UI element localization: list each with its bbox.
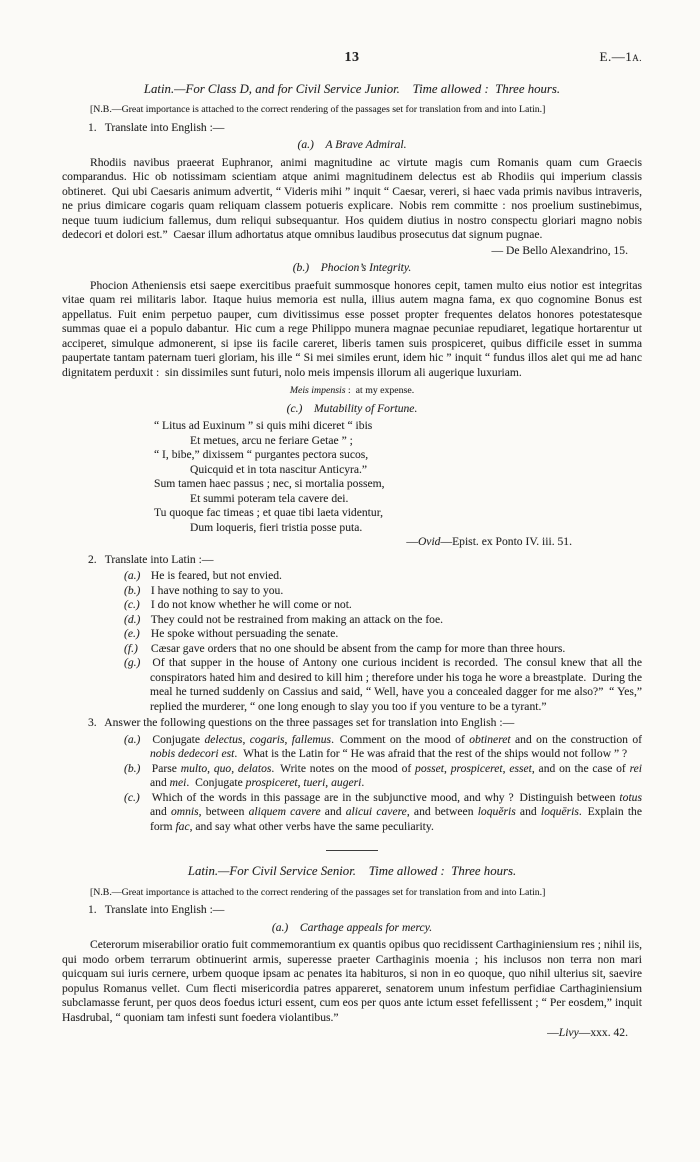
item-text: Of that supper in the house of Antony on… [150, 656, 642, 713]
verse-line: Sum tamen haec passus ; nec, si mortalia… [154, 477, 572, 492]
item-label: (c.) [124, 598, 148, 613]
item-text: Which of the words in this passage are i… [150, 791, 642, 833]
question-number: 3. [88, 716, 102, 731]
verse-line: “ Litus ad Euxinum ” si quis mihi dicere… [154, 419, 572, 434]
item-label: (g.) [124, 656, 148, 671]
document-page: 13 E.—1A. Latin.—For Class D, and for Ci… [0, 0, 700, 1162]
item-text: He is feared, but not envied. [151, 569, 282, 582]
item-text: Cæsar gave orders that no one should be … [151, 642, 565, 655]
page-header: 13 E.—1A. [62, 50, 642, 66]
item-text: I have nothing to say to you. [151, 584, 283, 597]
verse-line: Tu quoque fac timeas ; et quae tibi laet… [154, 506, 572, 521]
question-text: Translate into English :— [105, 121, 225, 134]
verse-block: “ Litus ad Euxinum ” si quis mihi dicere… [154, 419, 572, 550]
passage-b-body: Phocion Atheniensis etsi saepe exercitib… [62, 279, 642, 381]
question-number: 1. [88, 121, 102, 136]
section-senior: Latin.—For Civil Service Senior. Time al… [62, 864, 642, 1041]
list-item: (c.) Which of the words in this passage … [62, 791, 642, 835]
item-label: (a.) [124, 733, 148, 748]
passage-a-heading: (a.) A Brave Admiral. [62, 138, 642, 153]
junior-question-1: 1. Translate into English :— [88, 121, 642, 136]
question-text: Answer the following questions on the th… [104, 716, 514, 729]
question-number: 2. [88, 553, 102, 568]
page-number: 13 [345, 51, 360, 66]
item-label: (c.) [124, 791, 148, 806]
item-text: Parse multo, quo, delatos. Write notes o… [150, 762, 642, 790]
item-label: (d.) [124, 613, 148, 628]
passage-b-heading: (b.) Phocion’s Integrity. [62, 261, 642, 276]
section-divider [326, 850, 378, 851]
passage-c-heading: (c.) Mutability of Fortune. [62, 402, 642, 417]
verse-line: Et metues, arcu ne feriare Getae ” ; [154, 434, 572, 449]
junior-title: Latin.—For Class D, and for Civil Servic… [62, 82, 642, 97]
item-label: (e.) [124, 627, 148, 642]
item-label: (b.) [124, 762, 148, 777]
list-item: (c.) I do not know whether he will come … [62, 598, 642, 613]
item-label: (f.) [124, 642, 148, 657]
verse-line: “ I, bibe,” dixissem “ purgantes pectora… [154, 448, 572, 463]
item-label: (b.) [124, 584, 148, 599]
passage-a-attribution: — De Bello Alexandrino, 15. [62, 244, 642, 259]
junior-nb-note: [N.B.—Great importance is attached to th… [62, 104, 642, 116]
verse-line: Et summi poteram tela cavere dei. [154, 492, 572, 507]
item-text: He spoke without persuading the senate. [151, 627, 338, 640]
list-item: (g.) Of that supper in the house of Anto… [62, 656, 642, 714]
list-item: (a.) He is feared, but not envied. [62, 569, 642, 584]
verse-line: Quicquid et in tota nascitur Anticyra.” [154, 463, 572, 478]
list-item: (d.) They could not be restrained from m… [62, 613, 642, 628]
senior-passage-a-attribution: —Livy—xxx. 42. [62, 1026, 642, 1041]
list-item: (e.) He spoke without persuading the sen… [62, 627, 642, 642]
junior-question-3: 3. Answer the following questions on the… [88, 716, 642, 731]
senior-passage-a-body: Ceterorum miserabilior oratio fuit comme… [62, 938, 642, 1025]
question-text: Translate into English :— [105, 903, 225, 916]
list-item: (f.) Cæsar gave orders that no one shoul… [62, 642, 642, 657]
senior-passage-a-heading: (a.) Carthage appeals for mercy. [62, 921, 642, 936]
document-code-suffix: A. [632, 53, 642, 63]
item-label: (a.) [124, 569, 148, 584]
verse-line: Dum loqueris, fieri tristia posse puta. [154, 521, 572, 536]
question-text: Translate into Latin :— [105, 553, 214, 566]
item-text: I do not know whether he will come or no… [151, 598, 352, 611]
item-text: Conjugate delectus, cogaris, fallemus. C… [150, 733, 642, 761]
senior-question-1: 1. Translate into English :— [88, 903, 642, 918]
passage-a-body: Rhodiis navibus praeerat Euphranor, anim… [62, 156, 642, 243]
list-item: (b.) Parse multo, quo, delatos. Write no… [62, 762, 642, 791]
section-junior: Latin.—For Class D, and for Civil Servic… [62, 82, 642, 835]
passage-b-footnote: Meis impensis : at my expense. [62, 384, 642, 399]
senior-title: Latin.—For Civil Service Senior. Time al… [62, 864, 642, 879]
document-code: E.—1A. [600, 50, 642, 66]
document-code-main: E.—1 [600, 49, 633, 64]
passage-c-attribution: —Ovid—Epist. ex Ponto IV. iii. 51. [154, 535, 572, 550]
senior-nb-note: [N.B.—Great importance is attached to th… [62, 887, 642, 899]
list-item: (a.) Conjugate delectus, cogaris, fallem… [62, 733, 642, 762]
junior-question-2: 2. Translate into Latin :— [88, 553, 642, 568]
list-item: (b.) I have nothing to say to you. [62, 584, 642, 599]
item-text: They could not be restrained from making… [151, 613, 443, 626]
question-number: 1. [88, 903, 102, 918]
